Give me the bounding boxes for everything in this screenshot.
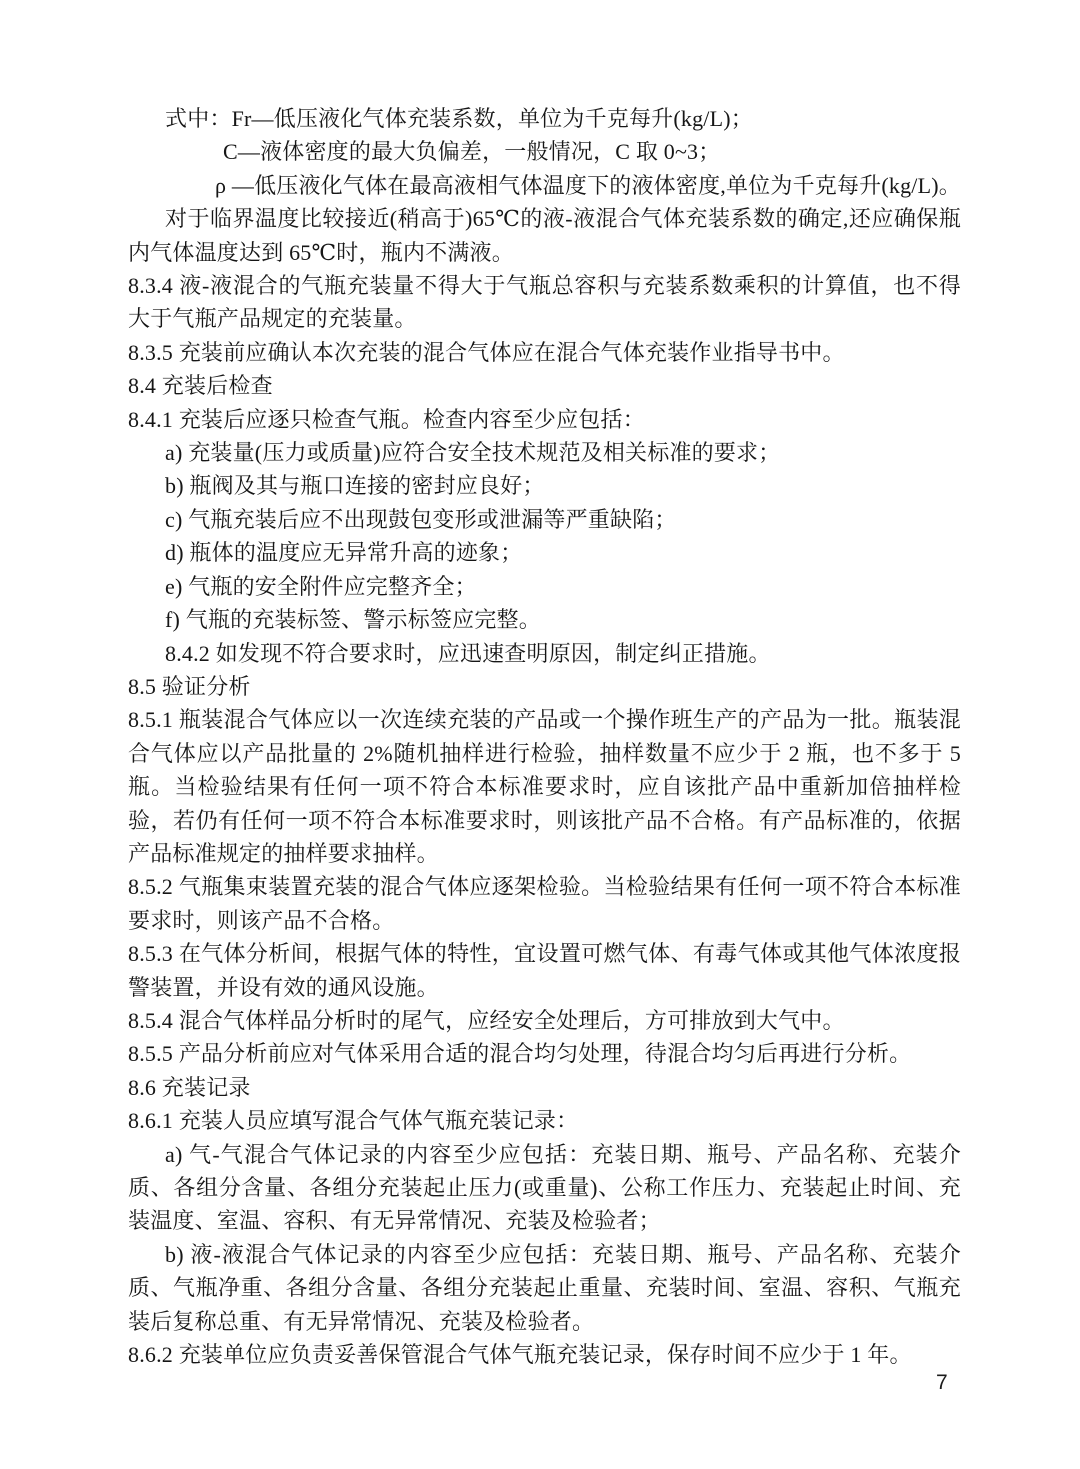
record-item-b: b) 液-液混合气体记录的内容至少应包括：充装日期、瓶号、产品名称、充装介质、气… — [128, 1238, 961, 1338]
list-item-e: e) 气瓶的安全附件应完整齐全； — [128, 570, 961, 603]
list-item-f: f) 气瓶的充装标签、警示标签应完整。 — [128, 603, 961, 636]
heading-8-6: 8.6 充装记录 — [128, 1071, 961, 1104]
clause-8-4-2: 8.4.2 如发现不符合要求时，应迅速查明原因，制定纠正措施。 — [128, 637, 961, 670]
clause-8-5-3: 8.5.3 在气体分析间，根据气体的特性，宜设置可燃气体、有毒气体或其他气体浓度… — [128, 937, 961, 1004]
heading-8-4: 8.4 充装后检查 — [128, 369, 961, 402]
document-body: 式中：Fr—低压液化气体充装系数，单位为千克每升(kg/L)； C—液体密度的最… — [128, 102, 961, 1371]
list-item-d: d) 瓶体的温度应无异常升高的迹象； — [128, 536, 961, 569]
clause-8-4-1: 8.4.1 充装后应逐只检查气瓶。检查内容至少应包括： — [128, 403, 961, 436]
paragraph-def-c: C—液体密度的最大负偏差，一般情况，C 取 0~3； — [128, 135, 961, 168]
list-item-b: b) 瓶阀及其与瓶口连接的密封应良好； — [128, 469, 961, 502]
paragraph-note-65c: 对于临界温度比较接近(稍高于)65℃的液-液混合气体充装系数的确定,还应确保瓶内… — [128, 202, 961, 269]
paragraph-def-rho: ρ —低压液化气体在最高液相气体温度下的液体密度,单位为千克每升(kg/L)。 — [128, 169, 961, 202]
clause-8-6-2: 8.6.2 充装单位应负责妥善保管混合气体气瓶充装记录，保存时间不应少于 1 年… — [128, 1338, 961, 1371]
page-number: 7 — [936, 1371, 948, 1395]
list-item-c: c) 气瓶充装后应不出现鼓包变形或泄漏等严重缺陷； — [128, 503, 961, 536]
clause-8-3-5: 8.3.5 充装前应确认本次充装的混合气体应在混合气体充装作业指导书中。 — [128, 336, 961, 369]
list-item-a: a) 充装量(压力或质量)应符合安全技术规范及相关标准的要求； — [128, 436, 961, 469]
clause-8-5-5: 8.5.5 产品分析前应对气体采用合适的混合均匀处理，待混合均匀后再进行分析。 — [128, 1037, 961, 1070]
clause-8-3-4: 8.3.4 液-液混合的气瓶充装量不得大于气瓶总容积与充装系数乘积的计算值，也不… — [128, 269, 961, 336]
clause-8-5-1: 8.5.1 瓶装混合气体应以一次连续充装的产品或一个操作班生产的产品为一批。瓶装… — [128, 703, 961, 870]
clause-8-6-1: 8.6.1 充装人员应填写混合气体气瓶充装记录： — [128, 1104, 961, 1137]
record-item-a: a) 气-气混合气体记录的内容至少应包括：充装日期、瓶号、产品名称、充装介质、各… — [128, 1138, 961, 1238]
clause-8-5-4: 8.5.4 混合气体样品分析时的尾气，应经安全处理后，方可排放到大气中。 — [128, 1004, 961, 1037]
paragraph-formula-intro: 式中：Fr—低压液化气体充装系数，单位为千克每升(kg/L)； — [128, 102, 961, 135]
heading-8-5: 8.5 验证分析 — [128, 670, 961, 703]
clause-8-5-2: 8.5.2 气瓶集束装置充装的混合气体应逐架检验。当检验结果有任何一项不符合本标… — [128, 870, 961, 937]
document-page: 式中：Fr—低压液化气体充装系数，单位为千克每升(kg/L)； C—液体密度的最… — [0, 0, 1080, 1469]
